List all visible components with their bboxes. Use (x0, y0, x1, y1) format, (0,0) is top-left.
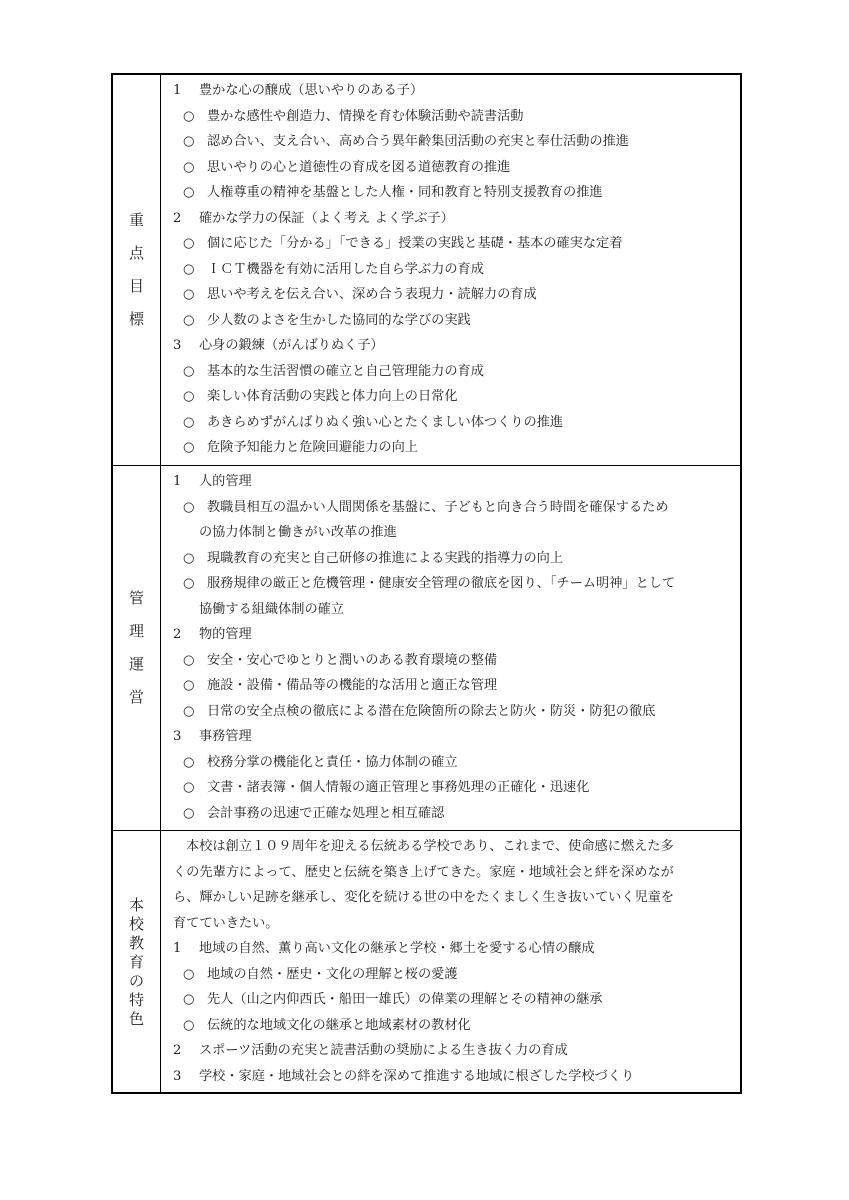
text: 思いや考えを伝え合い、深め合う表現力・読解力の育成 (207, 287, 537, 302)
text: 1 (173, 78, 199, 104)
group-heading: 3学校・家庭・地域社会との絆を深めて推進する地域に根ざした学校づくり (173, 1064, 734, 1090)
list-item: ○楽しい体育活動の実践と体力向上の日常化 (173, 384, 734, 410)
text: 理 (129, 615, 144, 648)
text: 校務分掌の機能化と責任・協力体制の確立 (207, 755, 458, 770)
text: 危険予知能力と危険回避能力の向上 (207, 440, 418, 455)
text: 基本的な生活習慣の確立と自己管理能力の育成 (207, 364, 484, 379)
list-item: ○基本的な生活習慣の確立と自己管理能力の育成 (173, 359, 734, 385)
text: 豊かな心の醸成（思いやりのある子） (199, 83, 423, 98)
circle-bullet-icon: ○ (183, 410, 207, 436)
section-priority-goals: 重 点 目 標 1豊かな心の醸成（思いやりのある子） ○豊かな感性や創造力、情操… (113, 75, 740, 465)
circle-bullet-icon: ○ (183, 648, 207, 674)
text: 管 (129, 582, 144, 615)
section-body: 1豊かな心の醸成（思いやりのある子） ○豊かな感性や創造力、情操を育む体験活動や… (161, 75, 740, 461)
text: 認め合い、支え合い、高め合う異年齢集団活動の充実と奉仕活動の推進 (207, 134, 629, 149)
section-body: 本校は創立１０９周年を迎える伝統ある学校であり、これまで、使命感に燃えた多 くの… (161, 831, 740, 1089)
text: 先人（山之内仰西氏・船田一雄氏）の偉業の理解とその精神の継承 (207, 992, 603, 1007)
group-heading: 2確かな学力の保証（よく考え よく学ぶ子） (173, 206, 734, 232)
circle-bullet-icon: ○ (183, 257, 207, 283)
circle-bullet-icon: ○ (183, 282, 207, 308)
list-item: ○服務規律の厳正と危機管理・健康安全管理の徹底を図り、「チーム明神」として (173, 571, 734, 597)
list-item: ○思いやりの心と道徳性の育成を図る道徳教育の推進 (173, 155, 734, 181)
text: 人権尊重の精神を基盤とした人権・同和教育と特別支援教育の推進 (207, 185, 603, 200)
text: 3 (173, 333, 199, 359)
section-school-features: 本 校 教 育 の 特 色 本校は創立１０９周年を迎える伝統ある学校であり、これ… (113, 830, 740, 1094)
text: 事務管理 (199, 729, 252, 744)
list-item: ○少人数のよさを生かした協同的な学びの実践 (173, 308, 734, 334)
list-item: ○教職員相互の温かい人間関係を基盤に、子どもと向き合う時間を確保するため (173, 495, 734, 521)
list-item: ○認め合い、支え合い、高め合う異年齢集団活動の充実と奉仕活動の推進 (173, 129, 734, 155)
circle-bullet-icon: ○ (183, 155, 207, 181)
section-label: 管 理 運 営 (113, 466, 161, 830)
circle-bullet-icon: ○ (183, 962, 207, 988)
list-item: ○ＩＣＴ機器を有効に活用した自ら学ぶ力の育成 (173, 257, 734, 283)
text: 心身の鍛練（がんばりぬく子） (199, 338, 384, 353)
text: 施設・設備・備品等の機能的な活用と適正な管理 (207, 678, 497, 693)
text: 育 (129, 953, 144, 972)
text: 3 (173, 1064, 199, 1090)
text: 文書・諸表簿・個人情報の適正管理と事務処理の正確化・迅速化 (207, 780, 589, 795)
text: 教職員相互の温かい人間関係を基盤に、子どもと向き合う時間を確保するため (207, 500, 669, 515)
list-item: ○施設・設備・備品等の機能的な活用と適正な管理 (173, 673, 734, 699)
list-item: ○地域の自然・歴史・文化の理解と桜の愛護 (173, 962, 734, 988)
list-item: ○会計事務の迅速で正確な処理と相互確認 (173, 801, 734, 827)
group-heading: 1地域の自然、薫り高い文化の継承と学校・郷土を愛する心情の醸成 (173, 936, 734, 962)
list-item: ○人権尊重の精神を基盤とした人権・同和教育と特別支援教育の推進 (173, 180, 734, 206)
circle-bullet-icon: ○ (183, 384, 207, 410)
text: 伝統的な地域文化の継承と地域素材の教材化 (207, 1018, 471, 1033)
text: 豊かな感性や創造力、情操を育む体験活動や読書活動 (207, 109, 524, 124)
list-item: ○豊かな感性や創造力、情操を育む体験活動や読書活動 (173, 104, 734, 130)
text: 物的管理 (199, 627, 252, 642)
text: 思いやりの心と道徳性の育成を図る道徳教育の推進 (207, 160, 510, 175)
circle-bullet-icon: ○ (183, 775, 207, 801)
text: ら、輝かしい足跡を継承し、変化を続ける世の中をたくましく生き抜いていく児童を (173, 890, 674, 905)
text: 個に応じた「分かる」「できる」授業の実践と基礎・基本の確実な定着 (207, 236, 622, 251)
circle-bullet-icon: ○ (183, 546, 207, 572)
text: の (129, 972, 144, 991)
list-item: ○校務分掌の機能化と責任・協力体制の確立 (173, 750, 734, 776)
circle-bullet-icon: ○ (183, 571, 207, 597)
text: 校 (129, 915, 144, 934)
section-label: 本 校 教 育 の 特 色 (113, 831, 161, 1094)
school-plan-table: 重 点 目 標 1豊かな心の醸成（思いやりのある子） ○豊かな感性や創造力、情操… (111, 73, 742, 1094)
group-heading: 2物的管理 (173, 622, 734, 648)
group-heading: 1人的管理 (173, 469, 734, 495)
text: 楽しい体育活動の実践と体力向上の日常化 (207, 389, 458, 404)
text: スポーツ活動の充実と読書活動の奨励による生き抜く力の育成 (199, 1043, 568, 1058)
text: 1 (173, 469, 199, 495)
circle-bullet-icon: ○ (183, 699, 207, 725)
list-item: ○あきらめずがんばりぬく強い心とたくましい体つくりの推進 (173, 410, 734, 436)
circle-bullet-icon: ○ (183, 435, 207, 461)
text: ＩＣＴ機器を有効に活用した自ら学ぶ力の育成 (207, 262, 484, 277)
circle-bullet-icon: ○ (183, 104, 207, 130)
list-item: ○思いや考えを伝え合い、深め合う表現力・読解力の育成 (173, 282, 734, 308)
text: 教 (129, 934, 144, 953)
group-heading: 2スポーツ活動の充実と読書活動の奨励による生き抜く力の育成 (173, 1038, 734, 1064)
circle-bullet-icon: ○ (183, 231, 207, 257)
group-heading: 1豊かな心の醸成（思いやりのある子） (173, 78, 734, 104)
text: 色 (129, 1010, 144, 1029)
text: 本校は創立１０９周年を迎える伝統ある学校であり、これまで、使命感に燃えた多 (186, 839, 674, 854)
list-item: ○現職教育の充実と自己研修の推進による実践的指導力の向上 (173, 546, 734, 572)
circle-bullet-icon: ○ (183, 495, 207, 521)
text: 目 (129, 270, 144, 303)
section-body: 1人的管理 ○教職員相互の温かい人間関係を基盤に、子どもと向き合う時間を確保する… (161, 466, 740, 826)
list-item-continuation: の協力体制と働きがい改革の推進 (173, 520, 734, 546)
section-label: 重 点 目 標 (113, 75, 161, 465)
text: 地域の自然・歴史・文化の理解と桜の愛護 (207, 967, 458, 982)
circle-bullet-icon: ○ (183, 180, 207, 206)
text: 日常の安全点検の徹底による潜在危険箇所の除去と防火・防災・防犯の徹底 (207, 704, 655, 719)
text: 会計事務の迅速で正確な処理と相互確認 (207, 806, 444, 821)
text: 運 (129, 648, 144, 681)
circle-bullet-icon: ○ (183, 673, 207, 699)
text: 重 (129, 204, 144, 237)
text: 1 (173, 936, 199, 962)
text: くの先輩方によって、歴史と伝統を築き上げてきた。家庭・地域社会と絆を深めなが (173, 865, 674, 880)
circle-bullet-icon: ○ (183, 987, 207, 1013)
list-item: ○日常の安全点検の徹底による潜在危険箇所の除去と防火・防災・防犯の徹底 (173, 699, 734, 725)
text: 現職教育の充実と自己研修の推進による実践的指導力の向上 (207, 551, 563, 566)
text: 2 (173, 622, 199, 648)
text: 育てていきたい。 (173, 916, 279, 931)
intro-paragraph-line: くの先輩方によって、歴史と伝統を築き上げてきた。家庭・地域社会と絆を深めなが (173, 860, 734, 886)
intro-paragraph-line: ら、輝かしい足跡を継承し、変化を続ける世の中をたくましく生き抜いていく児童を (173, 885, 734, 911)
list-item: ○安全・安心でゆとりと潤いのある教育環境の整備 (173, 648, 734, 674)
list-item: ○文書・諸表簿・個人情報の適正管理と事務処理の正確化・迅速化 (173, 775, 734, 801)
text: 人的管理 (199, 474, 252, 489)
text: 服務規律の厳正と危機管理・健康安全管理の徹底を図り、「チーム明神」として (207, 576, 675, 591)
text: 営 (129, 681, 144, 714)
circle-bullet-icon: ○ (183, 308, 207, 334)
circle-bullet-icon: ○ (183, 1013, 207, 1039)
list-item: ○危険予知能力と危険回避能力の向上 (173, 435, 734, 461)
text: 標 (129, 303, 144, 336)
text: 3 (173, 724, 199, 750)
list-item: ○個に応じた「分かる」「できる」授業の実践と基礎・基本の確実な定着 (173, 231, 734, 257)
text: 少人数のよさを生かした協同的な学びの実践 (207, 313, 471, 328)
section-management: 管 理 運 営 1人的管理 ○教職員相互の温かい人間関係を基盤に、子どもと向き合… (113, 465, 740, 830)
intro-paragraph-line: 本校は創立１０９周年を迎える伝統ある学校であり、これまで、使命感に燃えた多 (173, 834, 734, 860)
list-item-continuation: 協働する組織体制の確立 (173, 597, 734, 623)
text: 協働する組織体制の確立 (199, 602, 344, 617)
text: の協力体制と働きがい改革の推進 (199, 525, 397, 540)
text: 特 (129, 991, 144, 1010)
list-item: ○先人（山之内仰西氏・船田一雄氏）の偉業の理解とその精神の継承 (173, 987, 734, 1013)
circle-bullet-icon: ○ (183, 801, 207, 827)
text: 2 (173, 1038, 199, 1064)
circle-bullet-icon: ○ (183, 359, 207, 385)
group-heading: 3心身の鍛練（がんばりぬく子） (173, 333, 734, 359)
text: 点 (129, 237, 144, 270)
text: あきらめずがんばりぬく強い心とたくましい体つくりの推進 (207, 415, 563, 430)
text: 安全・安心でゆとりと潤いのある教育環境の整備 (207, 653, 497, 668)
text: 地域の自然、薫り高い文化の継承と学校・郷土を愛する心情の醸成 (199, 941, 595, 956)
intro-paragraph-line: 育てていきたい。 (173, 911, 734, 937)
text: 本 (129, 896, 144, 915)
text: 学校・家庭・地域社会との絆を深めて推進する地域に根ざした学校づくり (199, 1069, 634, 1084)
list-item: ○伝統的な地域文化の継承と地域素材の教材化 (173, 1013, 734, 1039)
circle-bullet-icon: ○ (183, 129, 207, 155)
group-heading: 3事務管理 (173, 724, 734, 750)
text: 2 (173, 206, 199, 232)
circle-bullet-icon: ○ (183, 750, 207, 776)
text: 確かな学力の保証（よく考え よく学ぶ子） (199, 211, 454, 226)
